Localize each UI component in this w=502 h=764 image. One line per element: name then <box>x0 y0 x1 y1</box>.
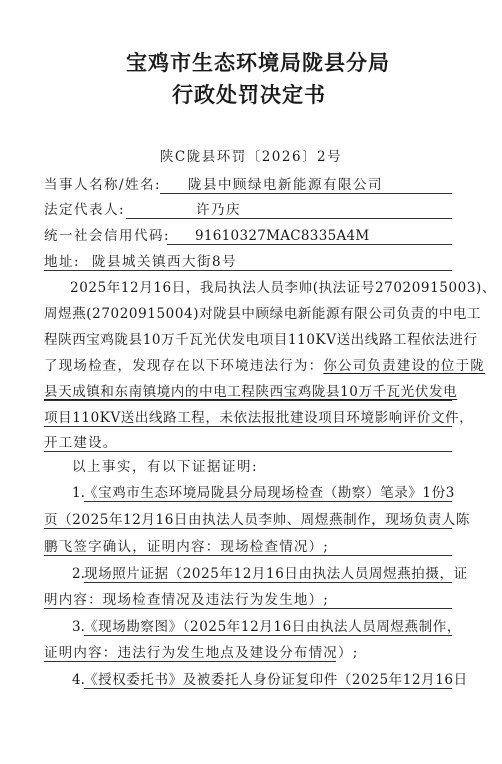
evidence-4-number: 4. <box>72 671 85 689</box>
evidence-2-line-1: 现场照片证据（2025年12月16日由执法人员周煜燕拍摄，证 <box>84 565 452 583</box>
agency-title: 宝鸡市生态环境局陇县分局 <box>0 50 502 76</box>
evidence-1-line-2: 页（2025年12月16日由执法人员李帅、周煜燕制作，现场负责人陈 <box>44 511 452 529</box>
violation-line-3: 项目110KV送出线路工程，未依法报批建设项目环境影响评价文件， <box>44 409 452 427</box>
document-title: 行政处罚决定书 <box>172 82 326 108</box>
violation-line-4: 开工建设。 <box>44 434 118 452</box>
evidence-3-underline-2 <box>44 661 336 662</box>
violation-line-3-text: 项目110KV送出线路工程，未依法报批建设项目环境影响评价文件， <box>44 410 473 426</box>
legal-rep-underline <box>126 218 452 219</box>
facts-line-4: 了现场检查，发现存在以下环境违法行为：你公司负责建设的位于陇 <box>44 357 485 375</box>
violation-line-2: 县天成镇和东南镇境内的中电工程陕西宝鸡陇县10万千瓦光伏发电 <box>44 383 452 401</box>
evidence-1-underline-2 <box>44 528 452 529</box>
violation-line-3-underline <box>44 426 452 427</box>
facts-line-2: 周煜燕(27020915004)对陇县中顾绿电新能源有限公司负责的中电工 <box>44 305 452 323</box>
evidence-3-line-1: 《现场勘察图》（2025年12月16日由执法人员周煜燕制作， <box>84 618 452 636</box>
facts-line-1: 2025年12月16日，我局执法人员李帅(执法证号27020915003)、 <box>70 279 452 297</box>
evidence-1-number: 1. <box>72 484 85 502</box>
evidence-3-underline-1 <box>84 635 452 636</box>
evidence-2-number: 2. <box>72 565 85 583</box>
evidence-4-underline-1 <box>84 688 452 689</box>
evidence-3-line-2: 证明内容：违法行为发生地点及建设分布情况）; <box>44 644 358 662</box>
credit-code-label: 统一社会信用代码: <box>44 227 170 245</box>
evidence-1-underline-3 <box>44 555 452 556</box>
evidence-1-underline-1 <box>84 501 452 502</box>
address-value: 陇县城关镇西大街8号 <box>92 253 237 271</box>
evidence-1-line-1: 《宝鸡市生态环境局陇县分局现场检查（勘察）笔录》1份3 <box>84 484 452 502</box>
facts-line-4-plain: 了现场检查，发现存在以下环境违法行为： <box>44 358 323 374</box>
evidence-intro: 以上事实，有以下证据证明: <box>72 458 258 476</box>
party-name-value: 陇县中顾绿电新能源有限公司 <box>188 176 383 194</box>
evidence-3-number: 3. <box>72 618 85 636</box>
violation-line-2-underline <box>44 400 452 401</box>
credit-code-value: 91610327MAC8335A4M <box>195 227 370 245</box>
violation-text-start: 你公司负责建设的位于陇 <box>323 358 485 374</box>
party-name-label: 当事人名称/姓名: <box>44 176 161 194</box>
evidence-2-underline-2 <box>44 608 452 609</box>
facts-line-3: 程陕西宝鸡陇县10万千瓦光伏发电项目110KV送出线路工程依法进行 <box>44 331 452 349</box>
evidence-1-line-3: 鹏飞签字确认，证明内容：现场检查情况）; <box>44 538 329 556</box>
evidence-2-underline-1 <box>84 582 452 583</box>
document-number: 陕C陇县环罚〔2026〕2号 <box>0 148 502 166</box>
legal-rep-value: 许乃庆 <box>196 201 241 219</box>
evidence-4-line-1: 《授权委托书》及被委托人身份证复印件（2025年12月16日 <box>84 671 452 689</box>
legal-rep-label: 法定代表人: <box>44 201 125 219</box>
violation-line-2-text: 县天成镇和东南镇境内的中电工程陕西宝鸡陇县10万千瓦光伏发电 <box>44 384 457 400</box>
evidence-2-line-2: 明内容：现场检查情况及违法行为发生地）; <box>44 591 329 609</box>
address-label: 地址: <box>44 253 80 271</box>
violation-line-4-underline <box>44 451 452 452</box>
